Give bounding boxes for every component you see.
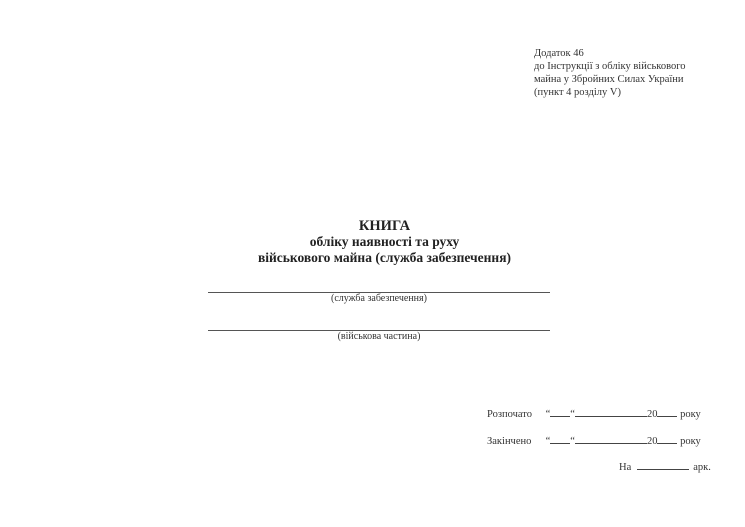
start-month-blank[interactable]	[575, 407, 647, 417]
sheets-count-row: Наарк.	[619, 460, 711, 473]
sheets-count-blank[interactable]	[637, 460, 689, 470]
service-field-caption: (служба забезпечення)	[208, 293, 550, 304]
unit-field-caption: (військова частина)	[208, 331, 550, 342]
title-subtitle-2: військового майна (служба забезпечення)	[12, 250, 745, 266]
year-word: року	[680, 409, 701, 420]
end-year-blank[interactable]	[657, 434, 677, 444]
document-page: Додаток 46 до Інструкції з обліку військ…	[0, 0, 745, 527]
appendix-line: до Інструкції з обліку військового	[534, 60, 686, 73]
end-month-blank[interactable]	[575, 434, 647, 444]
start-date-row: Розпочато ““20 року	[487, 407, 701, 420]
century-text: 20	[647, 436, 658, 447]
appendix-line: Додаток 46	[534, 47, 686, 60]
end-date-label: Закінчено	[487, 436, 543, 447]
sheets-prefix: На	[619, 462, 631, 473]
year-word: року	[680, 436, 701, 447]
appendix-note: Додаток 46 до Інструкції з обліку військ…	[534, 47, 686, 99]
title-subtitle-1: обліку наявності та руху	[12, 234, 745, 250]
appendix-line: майна у Збройних Силах України	[534, 73, 686, 86]
end-date-row: Закінчено ““20 року	[487, 434, 701, 447]
start-date-label: Розпочато	[487, 409, 543, 420]
start-year-blank[interactable]	[657, 407, 677, 417]
start-day-blank[interactable]	[550, 407, 570, 417]
sheets-suffix: арк.	[693, 462, 711, 473]
title-main: КНИГА	[12, 219, 745, 234]
end-day-blank[interactable]	[550, 434, 570, 444]
century-text: 20	[647, 409, 658, 420]
appendix-line: (пункт 4 розділу V)	[534, 86, 686, 99]
book-title: КНИГА обліку наявності та руху військово…	[0, 219, 745, 266]
